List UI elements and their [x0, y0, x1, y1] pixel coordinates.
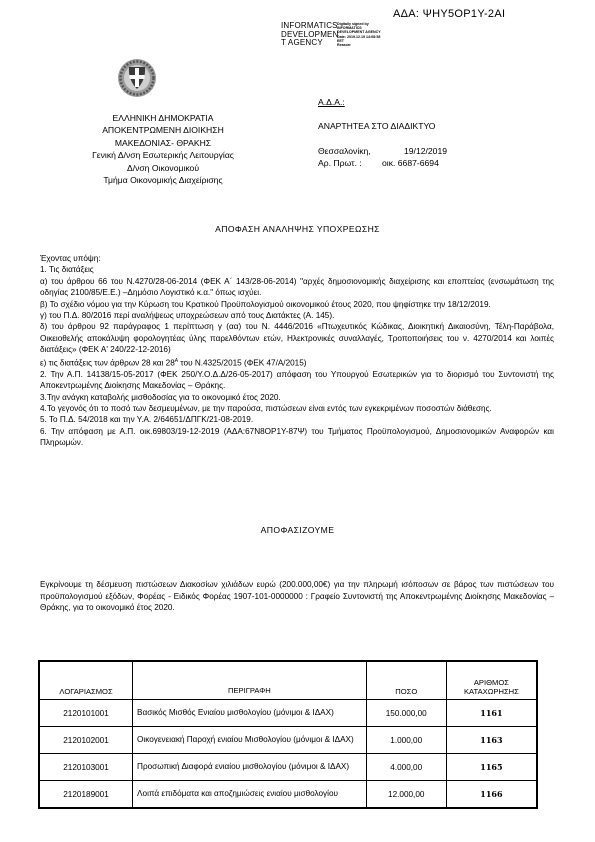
consideration-item: γ) του Π.Δ. 80/2016 περί αναλήψεως υποχρ… [40, 310, 554, 321]
publish-note: ΑΝΑΡΤΗΤΕΑ ΣΤΟ ΔΙΑΔΙΚΤΥΟ [318, 120, 447, 132]
header-account: ΛΟΓΑΡΙΑΣΜΟΣ [39, 661, 133, 700]
greek-emblem-icon [117, 58, 157, 98]
consideration-item: 1. Τις διατάξεις [40, 264, 554, 275]
considering-heading: Έχοντας υπόψη: [40, 253, 554, 264]
cell-account: 2120103001 [39, 754, 133, 781]
cell-account: 2120101001 [39, 700, 133, 727]
cell-registration: 1165 [446, 754, 537, 781]
decision-text: Εγκρίνουμε τη δέσμευση πιστώσεων Διακοσί… [40, 579, 554, 614]
consideration-item: δ) του άρθρου 92 παράγραφος 1 περίπτωση … [40, 321, 554, 355]
cell-registration: 1163 [446, 727, 537, 754]
ida-logo-text: INFORMATICS DEVELOPMEN T AGENCY [281, 22, 339, 48]
header-registration: ΑΡΙΘΜΟΣ ΚΑΤΑΧΩΡΗΣΗΣ [446, 661, 537, 700]
considerations: Έχοντας υπόψη: 1. Τις διατάξεις α) του ά… [40, 253, 554, 449]
document-title: ΑΠΟΦΑΣΗ ΑΝΑΛΗΨΗΣ ΥΠΟΧΡΕΩΣΗΣ [0, 224, 595, 234]
document-metadata: Α.Δ.Α.: ΑΝΑΡΤΗΤΕΑ ΣΤΟ ΔΙΑΔΙΚΤΥΟ Θεσσαλον… [318, 96, 447, 170]
header-amount: ΠΟΣΟ [366, 661, 446, 700]
cell-account: 2120102001 [39, 727, 133, 754]
consideration-item: 5. Το Π.Δ. 54/2018 και την Υ.Α. 2/64651/… [40, 414, 554, 425]
cell-amount: 4.000,00 [366, 754, 446, 781]
ada-label: Α.Δ.Α.: [318, 96, 447, 108]
table-row: 2120102001 Οικογενειακή Παροχή ενιαίου Μ… [39, 727, 537, 754]
cell-description: Οικογενειακή Παροχή ενιαίου Μισθολογίου … [133, 727, 367, 754]
signature-details: Digitally signed by INFORMATICS DEVELOPM… [337, 22, 381, 47]
table-row: 2120189001 Λοιπά επιδόματα και αποζημιώσ… [39, 781, 537, 809]
cell-account: 2120189001 [39, 781, 133, 809]
cell-amount: 12.000,00 [366, 781, 446, 809]
consideration-item: 3.Την ανάγκη καταβολής μισθοδοσίας για τ… [40, 392, 554, 403]
header-description: ΠΕΡΙΓΡΑΦΗ [133, 661, 367, 700]
cell-description: Λοιπά επιδόματα και αποζημιώσεις ενιαίου… [133, 781, 367, 809]
table-header-row: ΛΟΓΑΡΙΑΣΜΟΣ ΠΕΡΙΓΡΑΦΗ ΠΟΣΟ ΑΡΙΘΜΟΣ ΚΑΤΑΧ… [39, 661, 537, 700]
consideration-item: β) Το σχέδιο νόμου για την Κύρωση του Κρ… [40, 299, 554, 310]
consideration-item: α) του άρθρου 66 του Ν.4270/28-06-2014 (… [40, 276, 554, 299]
issuing-authority: ΕΛΛΗΝΙΚΗ ΔΗΜΟΚΡΑΤΙΑ ΑΠΟΚΕΝΤΡΩΜΕΝΗ ΔΙΟΙΚΗ… [48, 112, 278, 186]
consideration-item: ε) τις διατάξεις των άρθρων 28 και 28Α τ… [40, 356, 554, 369]
consideration-item: 4.Το γεγονός ότι το ποσό των δεσμευμένων… [40, 403, 554, 414]
consideration-item: 6. Την απόφαση με Α.Π. οικ.69803/19-12-2… [40, 426, 554, 449]
table-row: 2120103001 Προσωπική Διαφορά ενιαίου μισ… [39, 754, 537, 781]
table-row: 2120101001 Βασικός Μισθός Ενιαίου μισθολ… [39, 700, 537, 727]
ada-reference-top: ΑΔΑ: ΨΗΥ5ΟΡ1Υ-2ΑΙ [393, 8, 505, 20]
protocol-number: Αρ. Πρωτ. :οικ. 6687-6694 [318, 157, 447, 169]
cell-description: Προσωπική Διαφορά ενιαίου μισθολογίου (μ… [133, 754, 367, 781]
accounts-table: ΛΟΓΑΡΙΑΣΜΟΣ ΠΕΡΙΓΡΑΦΗ ΠΟΣΟ ΑΡΙΘΜΟΣ ΚΑΤΑΧ… [38, 660, 538, 809]
cell-amount: 1.000,00 [366, 727, 446, 754]
cell-registration: 1161 [446, 700, 537, 727]
cell-amount: 150.000,00 [366, 700, 446, 727]
cell-registration: 1166 [446, 781, 537, 809]
consideration-item: 2. Την Α.Π. 14138/15-05-2017 (ΦΕΚ 250/Υ.… [40, 369, 554, 392]
cell-description: Βασικός Μισθός Ενιαίου μισθολογίου (μόνι… [133, 700, 367, 727]
place-date: Θεσσαλονίκη,19/12/2019 [318, 145, 447, 157]
decision-title: ΑΠΟΦΑΣΙΖΟΥΜΕ [0, 525, 595, 535]
